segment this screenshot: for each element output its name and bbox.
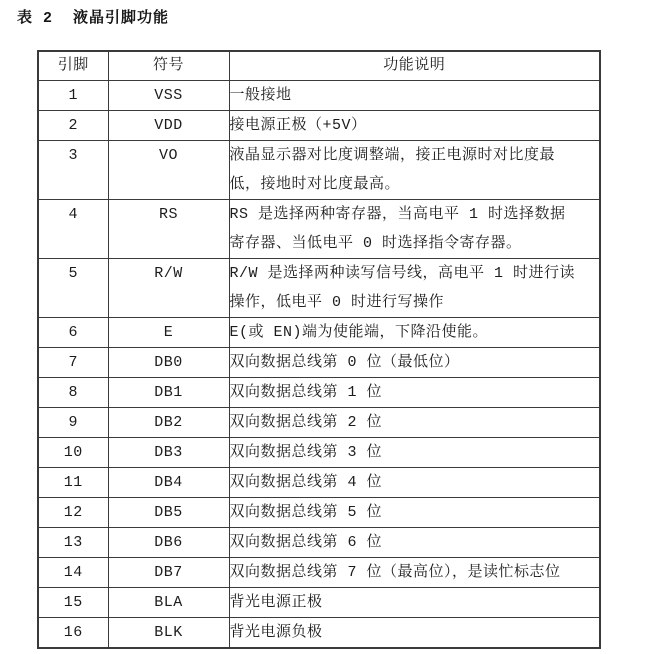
description-line: 一般接地 bbox=[230, 81, 600, 110]
symbol-cell: VDD bbox=[108, 111, 229, 141]
lcd-pin-function-table: 引脚 符号 功能说明 1VSS一般接地2VDD接电源正极（+5V）3VO液晶显示… bbox=[37, 50, 601, 649]
symbol-cell: R/W bbox=[108, 259, 229, 318]
function-description-cell: 双向数据总线第 3 位 bbox=[229, 438, 600, 468]
symbol-cell: DB3 bbox=[108, 438, 229, 468]
description-line: 双向数据总线第 2 位 bbox=[230, 408, 600, 437]
function-description-cell: 双向数据总线第 0 位（最低位） bbox=[229, 348, 600, 378]
symbol-cell: VSS bbox=[108, 81, 229, 111]
pin-number-cell: 10 bbox=[38, 438, 108, 468]
description-line: 双向数据总线第 0 位（最低位） bbox=[230, 348, 600, 377]
symbol-cell: E bbox=[108, 318, 229, 348]
description-line: 操作，低电平 0 时进行写操作 bbox=[230, 288, 600, 317]
table-caption: 表 2 液晶引脚功能 bbox=[17, 6, 169, 27]
description-line: 双向数据总线第 1 位 bbox=[230, 378, 600, 407]
function-description-cell: 液晶显示器对比度调整端，接正电源时对比度最低，接地时对比度最高。 bbox=[229, 141, 600, 200]
symbol-cell: DB4 bbox=[108, 468, 229, 498]
pin-number-cell: 9 bbox=[38, 408, 108, 438]
pin-number-cell: 5 bbox=[38, 259, 108, 318]
table-row: 14DB7双向数据总线第 7 位（最高位），是读忙标志位 bbox=[38, 558, 600, 588]
document-page: 表 2 液晶引脚功能 引脚 符号 功能说明 1VSS一般接地2VDD接电源正极（… bbox=[0, 0, 657, 654]
table-row: 12DB5双向数据总线第 5 位 bbox=[38, 498, 600, 528]
pin-number-cell: 3 bbox=[38, 141, 108, 200]
pin-number-cell: 6 bbox=[38, 318, 108, 348]
table-row: 16BLK背光电源负极 bbox=[38, 618, 600, 649]
table-row: 11DB4双向数据总线第 4 位 bbox=[38, 468, 600, 498]
symbol-cell: DB6 bbox=[108, 528, 229, 558]
description-line: 双向数据总线第 4 位 bbox=[230, 468, 600, 497]
table-row: 5R/WR/W 是选择两种读写信号线，高电平 1 时进行读操作，低电平 0 时进… bbox=[38, 259, 600, 318]
table-row: 8DB1双向数据总线第 1 位 bbox=[38, 378, 600, 408]
description-line: RS 是选择两种寄存器，当高电平 1 时选择数据 bbox=[230, 200, 600, 229]
symbol-cell: DB5 bbox=[108, 498, 229, 528]
description-line: 背光电源正极 bbox=[230, 588, 600, 617]
table-row: 1VSS一般接地 bbox=[38, 81, 600, 111]
function-description-cell: 接电源正极（+5V） bbox=[229, 111, 600, 141]
symbol-cell: RS bbox=[108, 200, 229, 259]
symbol-cell: DB1 bbox=[108, 378, 229, 408]
table-header: 引脚 符号 功能说明 bbox=[38, 51, 600, 81]
function-description-cell: 双向数据总线第 1 位 bbox=[229, 378, 600, 408]
description-line: E(或 EN)端为使能端，下降沿使能。 bbox=[230, 318, 600, 347]
function-description-cell: RS 是选择两种寄存器，当高电平 1 时选择数据寄存器、当低电平 0 时选择指令… bbox=[229, 200, 600, 259]
description-line: 双向数据总线第 6 位 bbox=[230, 528, 600, 557]
pin-number-cell: 13 bbox=[38, 528, 108, 558]
table-row: 4RSRS 是选择两种寄存器，当高电平 1 时选择数据寄存器、当低电平 0 时选… bbox=[38, 200, 600, 259]
pin-number-cell: 1 bbox=[38, 81, 108, 111]
symbol-cell: DB0 bbox=[108, 348, 229, 378]
table-row: 13DB6双向数据总线第 6 位 bbox=[38, 528, 600, 558]
header-pin: 引脚 bbox=[38, 51, 108, 81]
pin-number-cell: 8 bbox=[38, 378, 108, 408]
table-row: 15BLA背光电源正极 bbox=[38, 588, 600, 618]
pin-number-cell: 16 bbox=[38, 618, 108, 649]
table-row: 7DB0双向数据总线第 0 位（最低位） bbox=[38, 348, 600, 378]
description-line: R/W 是选择两种读写信号线，高电平 1 时进行读 bbox=[230, 259, 600, 288]
function-description-cell: R/W 是选择两种读写信号线，高电平 1 时进行读操作，低电平 0 时进行写操作 bbox=[229, 259, 600, 318]
symbol-cell: BLA bbox=[108, 588, 229, 618]
symbol-cell: DB7 bbox=[108, 558, 229, 588]
symbol-cell: VO bbox=[108, 141, 229, 200]
pin-number-cell: 12 bbox=[38, 498, 108, 528]
pin-number-cell: 15 bbox=[38, 588, 108, 618]
header-symbol: 符号 bbox=[108, 51, 229, 81]
function-description-cell: E(或 EN)端为使能端，下降沿使能。 bbox=[229, 318, 600, 348]
description-line: 双向数据总线第 5 位 bbox=[230, 498, 600, 527]
function-description-cell: 背光电源正极 bbox=[229, 588, 600, 618]
description-line: 液晶显示器对比度调整端，接正电源时对比度最 bbox=[230, 141, 600, 170]
pin-number-cell: 11 bbox=[38, 468, 108, 498]
pin-number-cell: 14 bbox=[38, 558, 108, 588]
header-row: 引脚 符号 功能说明 bbox=[38, 51, 600, 81]
header-function: 功能说明 bbox=[229, 51, 600, 81]
table-row: 9DB2双向数据总线第 2 位 bbox=[38, 408, 600, 438]
description-line: 双向数据总线第 3 位 bbox=[230, 438, 600, 467]
table-row: 6EE(或 EN)端为使能端，下降沿使能。 bbox=[38, 318, 600, 348]
pin-table-body: 1VSS一般接地2VDD接电源正极（+5V）3VO液晶显示器对比度调整端，接正电… bbox=[38, 81, 600, 649]
description-line: 寄存器、当低电平 0 时选择指令寄存器。 bbox=[230, 229, 600, 258]
description-line: 背光电源负极 bbox=[230, 618, 600, 647]
function-description-cell: 一般接地 bbox=[229, 81, 600, 111]
function-description-cell: 双向数据总线第 2 位 bbox=[229, 408, 600, 438]
pin-number-cell: 2 bbox=[38, 111, 108, 141]
table-row: 2VDD接电源正极（+5V） bbox=[38, 111, 600, 141]
description-line: 双向数据总线第 7 位（最高位），是读忙标志位 bbox=[230, 558, 600, 587]
symbol-cell: BLK bbox=[108, 618, 229, 649]
symbol-cell: DB2 bbox=[108, 408, 229, 438]
table-row: 3VO液晶显示器对比度调整端，接正电源时对比度最低，接地时对比度最高。 bbox=[38, 141, 600, 200]
function-description-cell: 双向数据总线第 5 位 bbox=[229, 498, 600, 528]
description-line: 低，接地时对比度最高。 bbox=[230, 170, 600, 199]
function-description-cell: 背光电源负极 bbox=[229, 618, 600, 649]
pin-number-cell: 7 bbox=[38, 348, 108, 378]
function-description-cell: 双向数据总线第 7 位（最高位），是读忙标志位 bbox=[229, 558, 600, 588]
function-description-cell: 双向数据总线第 4 位 bbox=[229, 468, 600, 498]
pin-number-cell: 4 bbox=[38, 200, 108, 259]
function-description-cell: 双向数据总线第 6 位 bbox=[229, 528, 600, 558]
table-row: 10DB3双向数据总线第 3 位 bbox=[38, 438, 600, 468]
description-line: 接电源正极（+5V） bbox=[230, 111, 600, 140]
